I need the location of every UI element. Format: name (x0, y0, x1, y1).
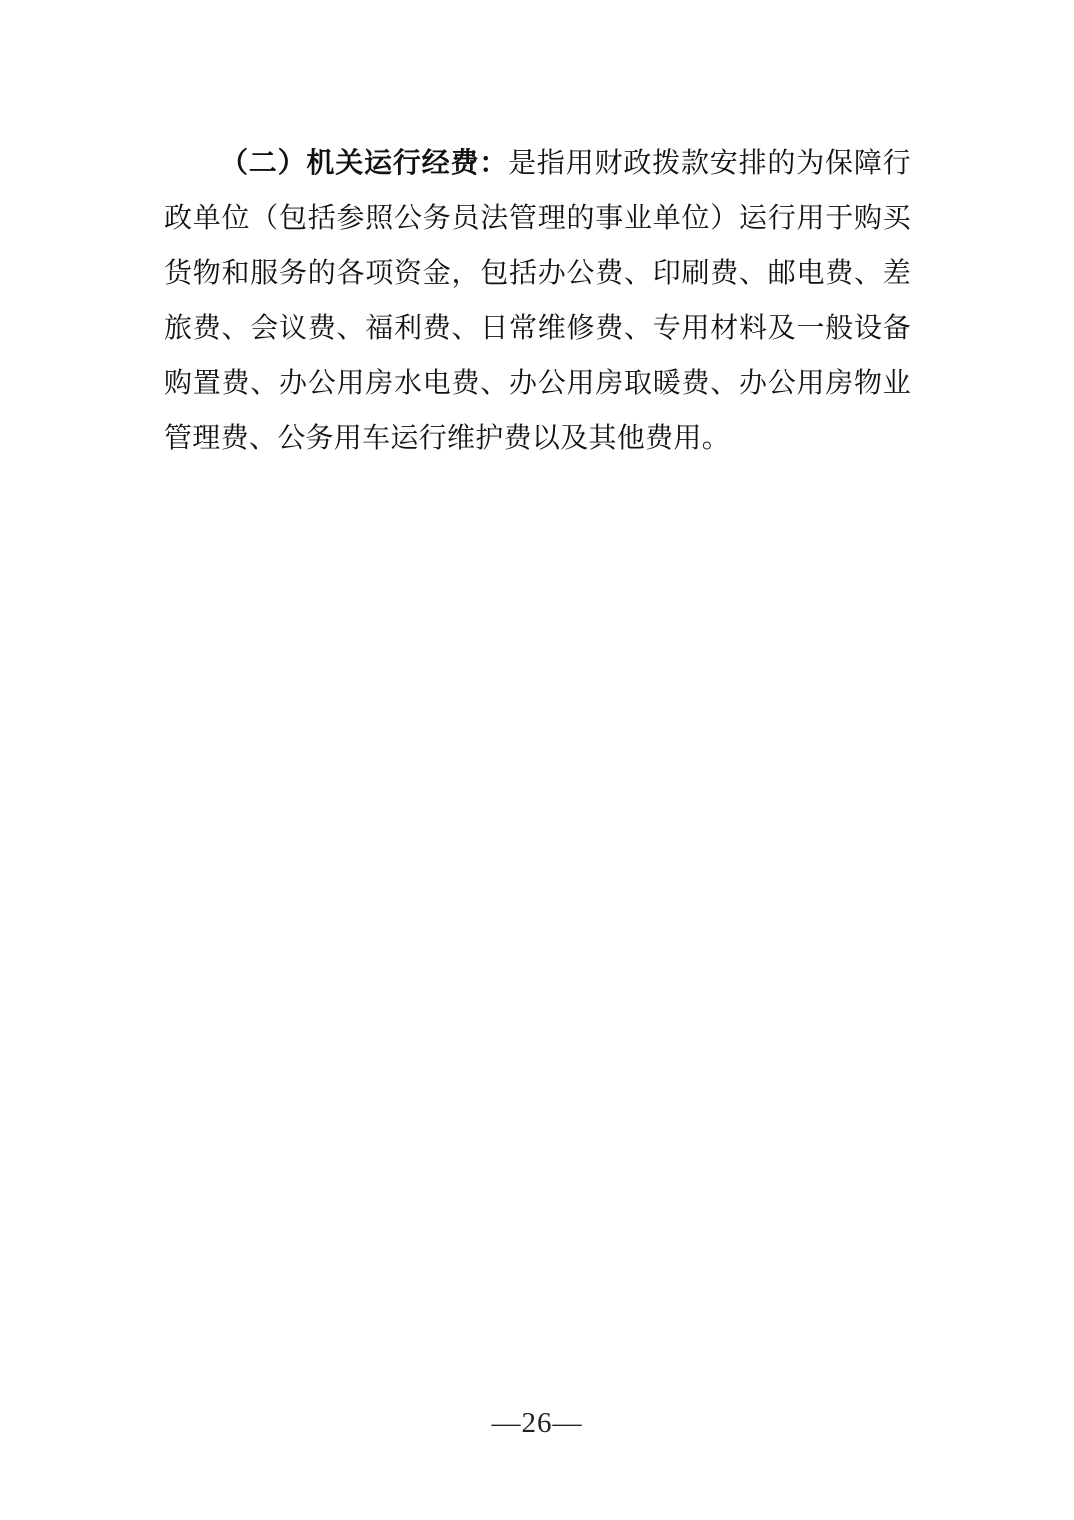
page-number: —26— (0, 1406, 1074, 1440)
paragraph-body: 是指用财政拨款安排的为保障行政单位（包括参照公务员法管理的事业单位）运行用于购买… (164, 148, 911, 454)
paragraph: （二）机关运行经费：是指用财政拨款安排的为保障行政单位（包括参照公务员法管理的事… (164, 136, 911, 466)
document-page: （二）机关运行经费：是指用财政拨款安排的为保障行政单位（包括参照公务员法管理的事… (0, 0, 1074, 1520)
paragraph-lead: （二）机关运行经费： (220, 148, 508, 179)
